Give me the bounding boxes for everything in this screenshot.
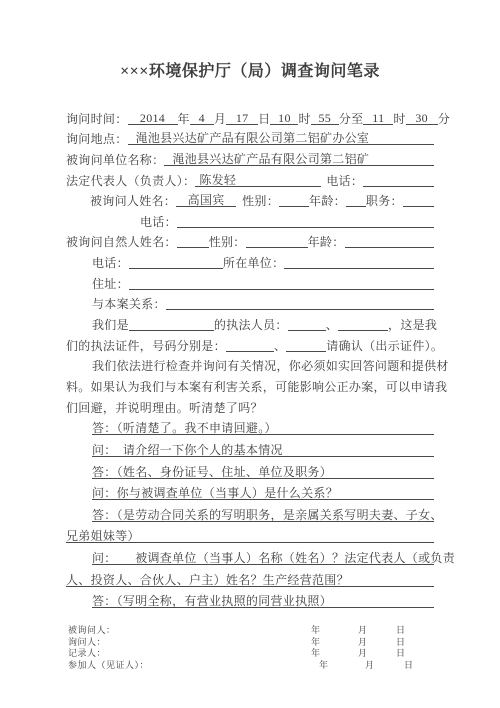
natural-phone-label: 电话： <box>92 257 129 269</box>
inquired-unit-value: 渑池县兴达矿产品有限公司第二铝矿 <box>164 153 369 166</box>
inquired-person-label: 被询问人姓名： <box>90 195 176 207</box>
year-unit: 年 <box>178 113 190 125</box>
field-line-address: 住址： <box>66 269 434 290</box>
field-line-case-relation: 与本案关系： <box>66 290 434 311</box>
qa-text: 问：你与被调查单位（当事人）是什么关系？ <box>92 487 338 499</box>
qa-line-answer-3a: 答：（是劳动合同关系的写明职务，是亲属关系写明夫妻、子女、 <box>92 500 434 522</box>
signature-row-participant: 参加人（见证人）： 年 月 日 <box>66 658 434 670</box>
workplace-label: 所在单位： <box>223 257 285 269</box>
document-page: ×××环境保护厅（局）调查询问笔录 询问时间： 2014 年 4 月 17 日 … <box>0 0 500 708</box>
age-label: 年龄： <box>309 195 346 207</box>
page-title: ×××环境保护厅（局）调查询问笔录 <box>0 58 500 81</box>
blank-field <box>129 268 223 269</box>
qa-line-answer-2: 答：（姓名、身份证号、住址、单位及职务） <box>92 457 434 479</box>
year-label: 年 <box>319 658 329 671</box>
month-value: 4 <box>190 112 214 125</box>
blank-field <box>279 206 309 207</box>
field-line-person-phone: 电话： <box>66 207 434 228</box>
hour-value: 10 <box>270 112 298 125</box>
field-line-inquired-unit: 被询问单位名称： 渑池县兴达矿产品有限公司第二铝矿 <box>66 145 434 166</box>
blank-field <box>177 247 209 248</box>
notice-text: 料。如果认为我们与本案有利害关系，可能影响公正办案，可以申请我 <box>66 381 447 393</box>
hour2-value: 11 <box>363 112 393 125</box>
qa-line-question-1: 问： 请介绍一下你个人的基本情况 <box>92 435 434 457</box>
legal-representative-label: 法定代表人（负责人）： <box>66 175 195 187</box>
field-line-inquired-person: 被询问人姓名： 高国宾 性别： 年龄： 职务： <box>66 187 434 208</box>
notice-text: 我们依法进行检查并询问有关情况，你必须如实回答问题和提供材 <box>92 360 449 372</box>
minute-unit: 分至 <box>339 113 364 125</box>
day-unit: 日 <box>258 113 270 125</box>
inquiry-time-label: 询问时间： <box>66 113 128 125</box>
inquired-person-value: 高国宾 <box>176 194 236 207</box>
blank-field <box>226 351 274 352</box>
inquiry-place-value: 渑池县兴达矿产品有限公司第二铝矿办公室 <box>128 132 370 145</box>
signature-label: 参加人（见证人）： <box>68 658 149 671</box>
intro-text: ，这是我 <box>388 319 437 331</box>
qa-line-answer-3b: 兄弟姐妹等） <box>66 522 434 544</box>
intro-line-1: 我们是 的执法人员： 、 ，这是我 <box>66 310 434 331</box>
notice-text: 们回避，并说明理由。听清楚了吗？ <box>66 402 263 414</box>
signature-row-recorder: 记录人： 年 月 日 <box>66 646 434 658</box>
qa-text: 问： 被调查单位（当事人）名称（姓名）？法定代表人（或负责 <box>92 552 455 564</box>
legal-phone-label: 电话： <box>321 175 363 187</box>
person-phone-label: 电话： <box>140 216 177 228</box>
blank-field <box>286 351 326 352</box>
intro-separator: 、 <box>326 319 338 331</box>
blank-field <box>363 186 434 187</box>
field-line-legal-representative: 法定代表人（负责人）： 陈发轻 电话： <box>66 166 434 187</box>
blank-field <box>129 289 434 290</box>
address-label: 住址： <box>92 278 129 290</box>
blank-field <box>284 268 434 269</box>
natural-person-label: 被询问自然人姓名： <box>66 236 177 248</box>
qa-text: 答：（听清楚了。我不申请回避。） <box>92 422 277 434</box>
duty-label: 职务： <box>366 195 403 207</box>
field-line-inquiry-time: 询问时间： 2014 年 4 月 17 日 10 时 55 分至 11 时 30… <box>66 104 434 125</box>
qa-line-question-2: 问：你与被调查单位（当事人）是什么关系？ <box>92 479 434 501</box>
blank-field <box>129 330 214 331</box>
blank-field <box>177 227 434 228</box>
intro-text: 们的执法证件，号码分别是： <box>66 340 226 352</box>
signature-row-inquirer: 询问人： 年 月 日 <box>66 635 434 647</box>
intro-text: 请确认（出示证件）。 <box>326 340 443 352</box>
intro-text: 我们是 <box>92 319 129 331</box>
month-unit: 月 <box>214 113 226 125</box>
month-label: 月 <box>365 658 375 671</box>
day-value: 17 <box>226 112 258 125</box>
blank-field <box>288 330 326 331</box>
natural-gender-label: 性别： <box>209 236 246 248</box>
minute2-unit: 分 <box>438 113 450 125</box>
case-relation-label: 与本案关系： <box>92 298 166 310</box>
gender-label: 性别： <box>236 195 279 207</box>
blank-field <box>403 206 434 207</box>
qa-line-answer-1: 答：（听清楚了。我不申请回避。） <box>92 414 434 436</box>
blank-field <box>369 144 434 145</box>
signature-row-inquired-person: 被询问人： 年 月 日 <box>66 623 434 635</box>
intro-text: 的执法人员： <box>214 319 288 331</box>
qa-line-question-3a: 问： 被调查单位（当事人）名称（姓名）？法定代表人（或负责 <box>92 543 434 565</box>
intro-line-2: 们的执法证件，号码分别是： 、 请确认（出示证件）。 <box>66 331 434 352</box>
blank-field <box>338 330 388 331</box>
blank-field <box>346 206 366 207</box>
form-body: 询问时间： 2014 年 4 月 17 日 10 时 55 分至 11 时 30… <box>66 104 434 608</box>
notice-line-1: 我们依法进行检查并询问有关情况，你必须如实回答问题和提供材 <box>66 352 434 373</box>
year-value: 2014 <box>128 112 178 125</box>
field-line-natural-person: 被询问自然人姓名： 性别： 年龄： <box>66 228 434 249</box>
blank-field <box>246 247 308 248</box>
hour-unit: 时 <box>298 113 310 125</box>
inquired-unit-label: 被询问单位名称： <box>66 154 164 166</box>
qa-text: 答：（是劳动合同关系的写明职务，是亲属关系写明夫妻、子女、 <box>92 509 443 521</box>
blank-field <box>166 309 434 310</box>
minute2-value: 30 <box>406 112 438 125</box>
qa-line-answer-4: 答：（写明全称，有营业执照的同营业执照） <box>92 587 434 609</box>
notice-line-2: 料。如果认为我们与本案有利害关系，可能影响公正办案，可以申请我 <box>66 372 434 393</box>
qa-text: 答：（姓名、身份证号、住址、单位及职务） <box>92 466 332 478</box>
hour2-unit: 时 <box>393 113 405 125</box>
qa-text: 问： 请介绍一下你个人的基本情况 <box>92 444 283 456</box>
blank-field <box>369 165 434 166</box>
day-label: 日 <box>404 658 414 671</box>
qa-line-question-3b: 人、投资人、合伙人、户主）姓名？生产经营范围？ <box>66 565 434 587</box>
legal-representative-value: 陈发轻 <box>195 174 321 187</box>
intro-separator: 、 <box>274 340 286 352</box>
field-line-natural-phone: 电话： 所在单位： <box>66 248 434 269</box>
natural-age-label: 年龄： <box>308 236 345 248</box>
notice-line-3: 们回避，并说明理由。听清楚了吗？ <box>66 393 434 414</box>
qa-text: 人、投资人、合伙人、户主）姓名？生产经营范围？ <box>66 574 349 586</box>
qa-text: 答：（写明全称，有营业执照的同营业执照） <box>92 595 332 607</box>
minute-value: 55 <box>311 112 339 125</box>
field-line-inquiry-place: 询问地点： 渑池县兴达矿产品有限公司第二铝矿办公室 <box>66 125 434 146</box>
qa-text: 兄弟姐妹等） <box>66 530 140 542</box>
signature-block: 被询问人： 年 月 日 询问人： 年 月 日 记录人： 年 月 日 参加人（见证… <box>66 623 434 669</box>
inquiry-place-label: 询问地点： <box>66 133 128 145</box>
blank-field <box>345 247 434 248</box>
